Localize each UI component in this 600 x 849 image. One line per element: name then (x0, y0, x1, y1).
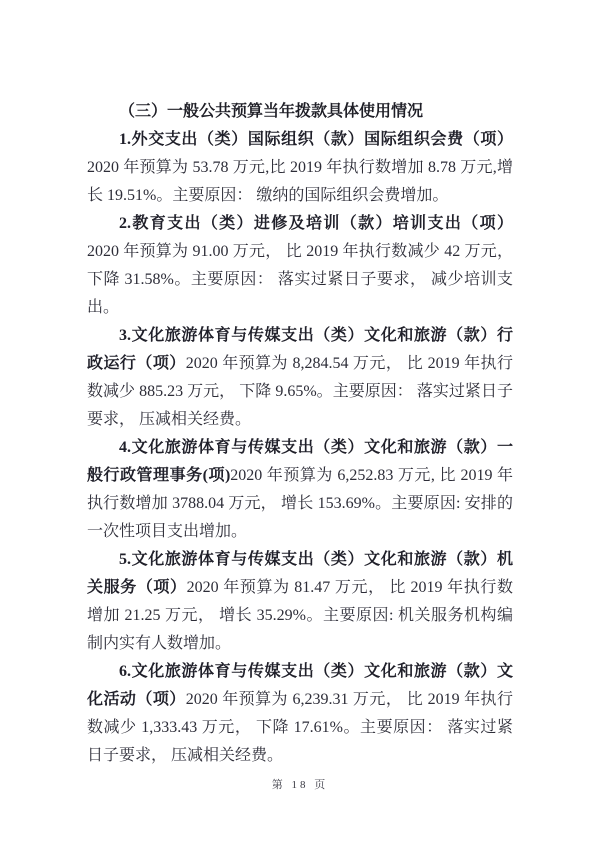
paragraph-6: 6.文化旅游体育与传媒支出（类）文化和旅游（款）文化活动（项）2020 年预算为… (87, 658, 513, 770)
paragraph-2-lead: 2.教育支出（类）进修及培训（款）培训支出（项） (119, 215, 513, 232)
paragraph-1: 1.外交支出（类）国际组织（款）国际组织会费（项）2020 年预算为 53.78… (87, 126, 513, 210)
document-content: （三）一般公共预算当年拨款具体使用情况 1.外交支出（类）国际组织（款）国际组织… (87, 98, 513, 770)
page-number: 第 18 页 (0, 777, 600, 793)
paragraph-5: 5.文化旅游体育与传媒支出（类）文化和旅游（款）机关服务（项）2020 年预算为… (87, 546, 513, 658)
paragraph-4: 4.文化旅游体育与传媒支出（类）文化和旅游（款）一般行政管理事务(项)2020 … (87, 434, 513, 546)
paragraph-3: 3.文化旅游体育与传媒支出（类）文化和旅游（款）行政运行（项）2020 年预算为… (87, 322, 513, 434)
paragraph-1-lead: 1.外交支出（类）国际组织（款）国际组织会费（项） (119, 131, 513, 148)
paragraph-2-body: 2020 年预算为 91.00 万元， 比 2019 年执行数减少 42 万元，… (87, 243, 513, 316)
paragraph-2: 2.教育支出（类）进修及培训（款）培训支出（项）2020 年预算为 91.00 … (87, 210, 513, 322)
paragraph-1-body: 2020 年预算为 53.78 万元,比 2019 年执行数增加 8.78 万元… (87, 159, 513, 204)
document-page: （三）一般公共预算当年拨款具体使用情况 1.外交支出（类）国际组织（款）国际组织… (0, 0, 600, 849)
section-heading: （三）一般公共预算当年拨款具体使用情况 (87, 98, 513, 126)
